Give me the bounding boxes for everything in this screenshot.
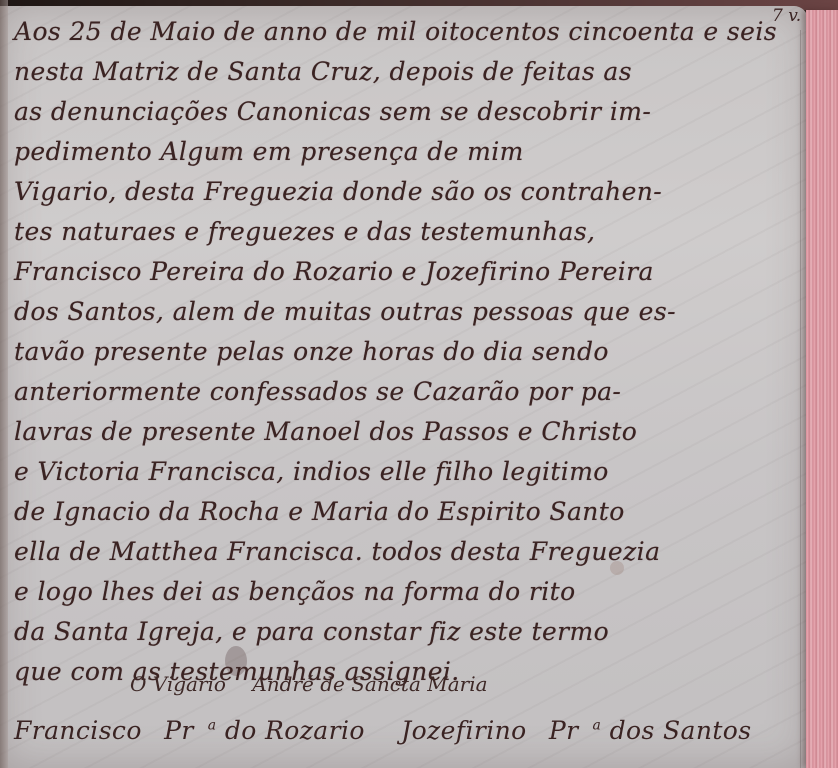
text-line: Francisco Pereira do Rozario e Jozefirin… <box>14 252 804 292</box>
text-line: anteriormente confessados se Cazarão por… <box>14 372 804 412</box>
text-line: dos Santos, alem de muitas outras pessoa… <box>14 292 804 332</box>
priest-signature: André de Sancta Maria <box>252 672 487 696</box>
text-line: da Santa Igreja, e para constar fiz este… <box>14 612 804 652</box>
page-stack-edges <box>806 10 838 768</box>
manuscript-scan: 7 v. Aos 25 de Maio de anno de mil oitoc… <box>0 0 838 768</box>
text-line: tes naturaes e freguezes e das testemunh… <box>14 212 804 252</box>
text-line: ella de Matthea Francisca. todos desta F… <box>14 532 804 572</box>
text-line: de Ignacio da Rocha e Maria do Espirito … <box>14 492 804 532</box>
witness-1-signature: Francisco Pra do Rozario <box>14 716 379 745</box>
text-line: as denunciações Canonicas sem se descobr… <box>14 92 804 132</box>
text-line: nesta Matriz de Santa Cruz, depois de fe… <box>14 52 804 92</box>
priest-signature-line: O Vigario André de Sancta Maria <box>130 672 508 696</box>
text-line: e logo lhes dei as bençãos na forma do r… <box>14 572 804 612</box>
witness-2-signature: Jozefirino Pra dos Santos <box>401 716 765 745</box>
witness-signature-line: Francisco Pra do Rozario Jozefirino Pra … <box>14 716 779 745</box>
text-line: Aos 25 de Maio de anno de mil oitocentos… <box>14 12 804 52</box>
record-body: Aos 25 de Maio de anno de mil oitocentos… <box>14 12 804 692</box>
signature-title: O Vigario <box>130 672 226 696</box>
text-line: lavras de presente Manoel dos Passos e C… <box>14 412 804 452</box>
text-line: pedimento Algum em presença de mim <box>14 132 804 172</box>
binding-gutter <box>0 0 8 768</box>
text-line: tavão presente pelas onze horas do dia s… <box>14 332 804 372</box>
text-line: Vigario, desta Freguezia donde são os co… <box>14 172 804 212</box>
text-line: e Victoria Francisca, indios elle filho … <box>14 452 804 492</box>
